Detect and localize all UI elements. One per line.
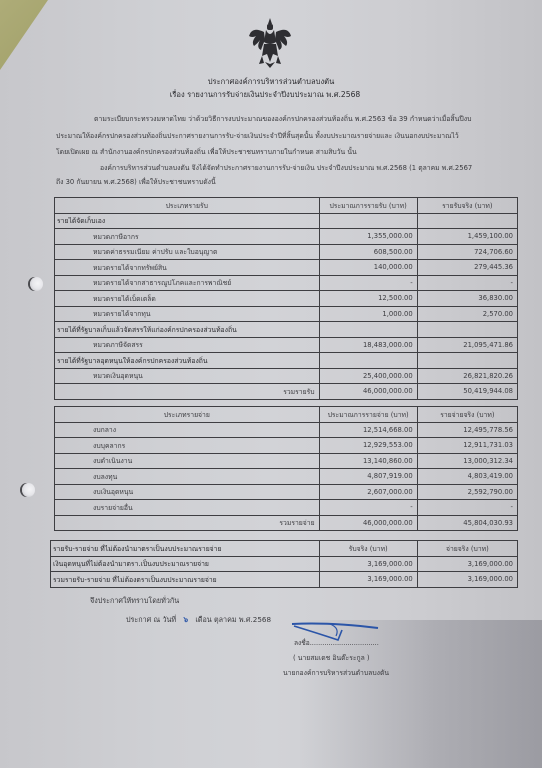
non-budget-header-paid: จ่ายจริง (บาท) — [417, 541, 517, 557]
non-budget-header-row: รายรับ-รายจ่าย ที่ไม่ต้องนำมาตราเป็นงบปร… — [51, 541, 518, 557]
expense-header-row: ประเภทรายจ่าย ประมาณการรายจ่าย (บาท) ราย… — [55, 407, 518, 423]
garuda-emblem-icon — [246, 16, 294, 70]
punch-hole-bottom — [22, 483, 35, 497]
non-budget-total-row: รวมรายรับ-รายจ่าย ที่ไม่ต้องตราเป็นงบประ… — [51, 572, 518, 588]
income-total-row: รวมรายรับ 46,000,000.00 50,419,944.08 — [55, 384, 518, 400]
table-row: หมวดภาษีอากร1,355,000.001,459,100.00 — [55, 229, 518, 245]
expense-header-actual: รายจ่ายจริง (บาท) — [417, 407, 517, 423]
table-row: หมวดภาษีจัดสรร18,483,000.0021,095,471.86 — [55, 337, 518, 353]
income-section-row: รายได้จัดเก็บเอง — [55, 213, 518, 229]
table-row: เงินอุดหนุนที่ไม่ต้องนำมาตรา.เป็นงบประมา… — [51, 556, 518, 572]
subject-line: เรื่อง รายงานการรับจ่ายเงินประจำปีงบประม… — [0, 89, 536, 101]
table-row: งบกลาง12,514,668.0012,495,778.56 — [55, 422, 518, 438]
table-row: หมวดค่าธรรมเนียม ค่าปรับ และใบอนุญาต608,… — [55, 244, 518, 260]
announcement-date: ประกาศ ณ วันที่ ๖ เดือน ตุลาคม พ.ศ.2568 — [126, 615, 271, 626]
paragraph-2-line-1: องค์การบริหารส่วนตำบลบงตัน จึงได้จัดทำปร… — [100, 162, 472, 173]
table-row: หมวดรายได้จากสาธารณูปโภคและการพาณิชย์-- — [55, 275, 518, 291]
date-prefix: ประกาศ ณ วันที่ — [126, 615, 176, 624]
table-row: งบดำเนินงาน13,140,860.0013,000,312.34 — [55, 453, 518, 469]
expense-total-row: รวมรายจ่าย 46,000,000.00 45,804,030.93 — [55, 515, 518, 531]
signature-line: ลงชื่อ................................. — [294, 637, 379, 648]
table-row: หมวดรายได้จากทุน1,000.002,570.00 — [55, 306, 518, 322]
income-header-actual: รายรับจริง (บาท) — [417, 198, 517, 214]
non-budget-header-type: รายรับ-รายจ่าย ที่ไม่ต้องนำมาตราเป็นงบปร… — [51, 541, 320, 557]
table-row: หมวดรายได้จากทรัพย์สิน140,000.00279,445.… — [55, 260, 518, 276]
income-section-row: รายได้ที่รัฐบาลอุดหนุนให้องค์กรปกครองส่ว… — [55, 353, 518, 369]
signer-title: นายกองค์การบริหารส่วนตำบลบงตัน — [283, 667, 389, 678]
date-rest: เดือน ตุลาคม พ.ศ.2568 — [195, 615, 271, 624]
paragraph-2-line-2: ถึง 30 กันยายน พ.ศ.2568) เพื่อให้ประชาชน… — [56, 176, 216, 187]
punch-hole-top — [30, 277, 43, 291]
income-header-estimate: ประมาณการรายรับ (บาท) — [319, 198, 417, 214]
table-row: งบเงินอุดหนุน2,607,000.002,592,790.00 — [55, 484, 518, 500]
expense-header-type: ประเภทรายจ่าย — [55, 407, 320, 423]
income-header-row: ประเภทรายรับ ประมาณการรายรับ (บาท) รายรั… — [55, 198, 518, 214]
income-table: ประเภทรายรับ ประมาณการรายรับ (บาท) รายรั… — [54, 197, 518, 400]
table-row: หมวดรายได้เบ็ดเตล็ด12,500.0036,830.00 — [55, 291, 518, 307]
table-row: งบลงทุน4,807,919.004,803,419.00 — [55, 469, 518, 485]
expense-table: ประเภทรายจ่าย ประมาณการรายจ่าย (บาท) ราย… — [54, 406, 518, 531]
expense-header-estimate: ประมาณการรายจ่าย (บาท) — [319, 407, 417, 423]
table-row: หมวดเงินอุดหนุน25,400,000.0026,821,820.2… — [55, 368, 518, 384]
non-budget-table: รายรับ-รายจ่าย ที่ไม่ต้องนำมาตราเป็นงบปร… — [50, 540, 518, 588]
date-day-handwritten: ๖ — [183, 615, 188, 624]
table-row: งบรายจ่ายอื่น-- — [55, 500, 518, 516]
income-section-row: รายได้ที่รัฐบาลเก็บแล้วจัดสรรให้แก่องค์ก… — [55, 322, 518, 338]
org-announcement-title: ประกาศองค์การบริหารส่วนตำบลบงตัน — [0, 76, 542, 88]
paragraph-1-line-3: โดยเปิดเผย ณ สำนักงานองค์กรปกครองส่วนท้อ… — [56, 146, 357, 157]
table-row: งบบุคลากร12,929,553.0012,911,731.03 — [55, 438, 518, 454]
signer-name: ( นายสมเดช อินต๊ะระกูล ) — [293, 652, 370, 663]
paragraph-1-line-2: ประมาณให้องค์กรปกครองส่วนท้องถิ่นประกาศร… — [56, 130, 459, 141]
page-shadow — [0, 620, 542, 768]
non-budget-header-received: รับจริง (บาท) — [319, 541, 417, 557]
income-header-type: ประเภทรายรับ — [55, 198, 320, 214]
closing-statement: จึงประกาศให้ทราบโดยทั่วกัน — [90, 596, 179, 607]
paragraph-1-line-1: ตามระเบียบกระทรวงมหาดไทย ว่าด้วยวิธีการง… — [94, 114, 471, 125]
